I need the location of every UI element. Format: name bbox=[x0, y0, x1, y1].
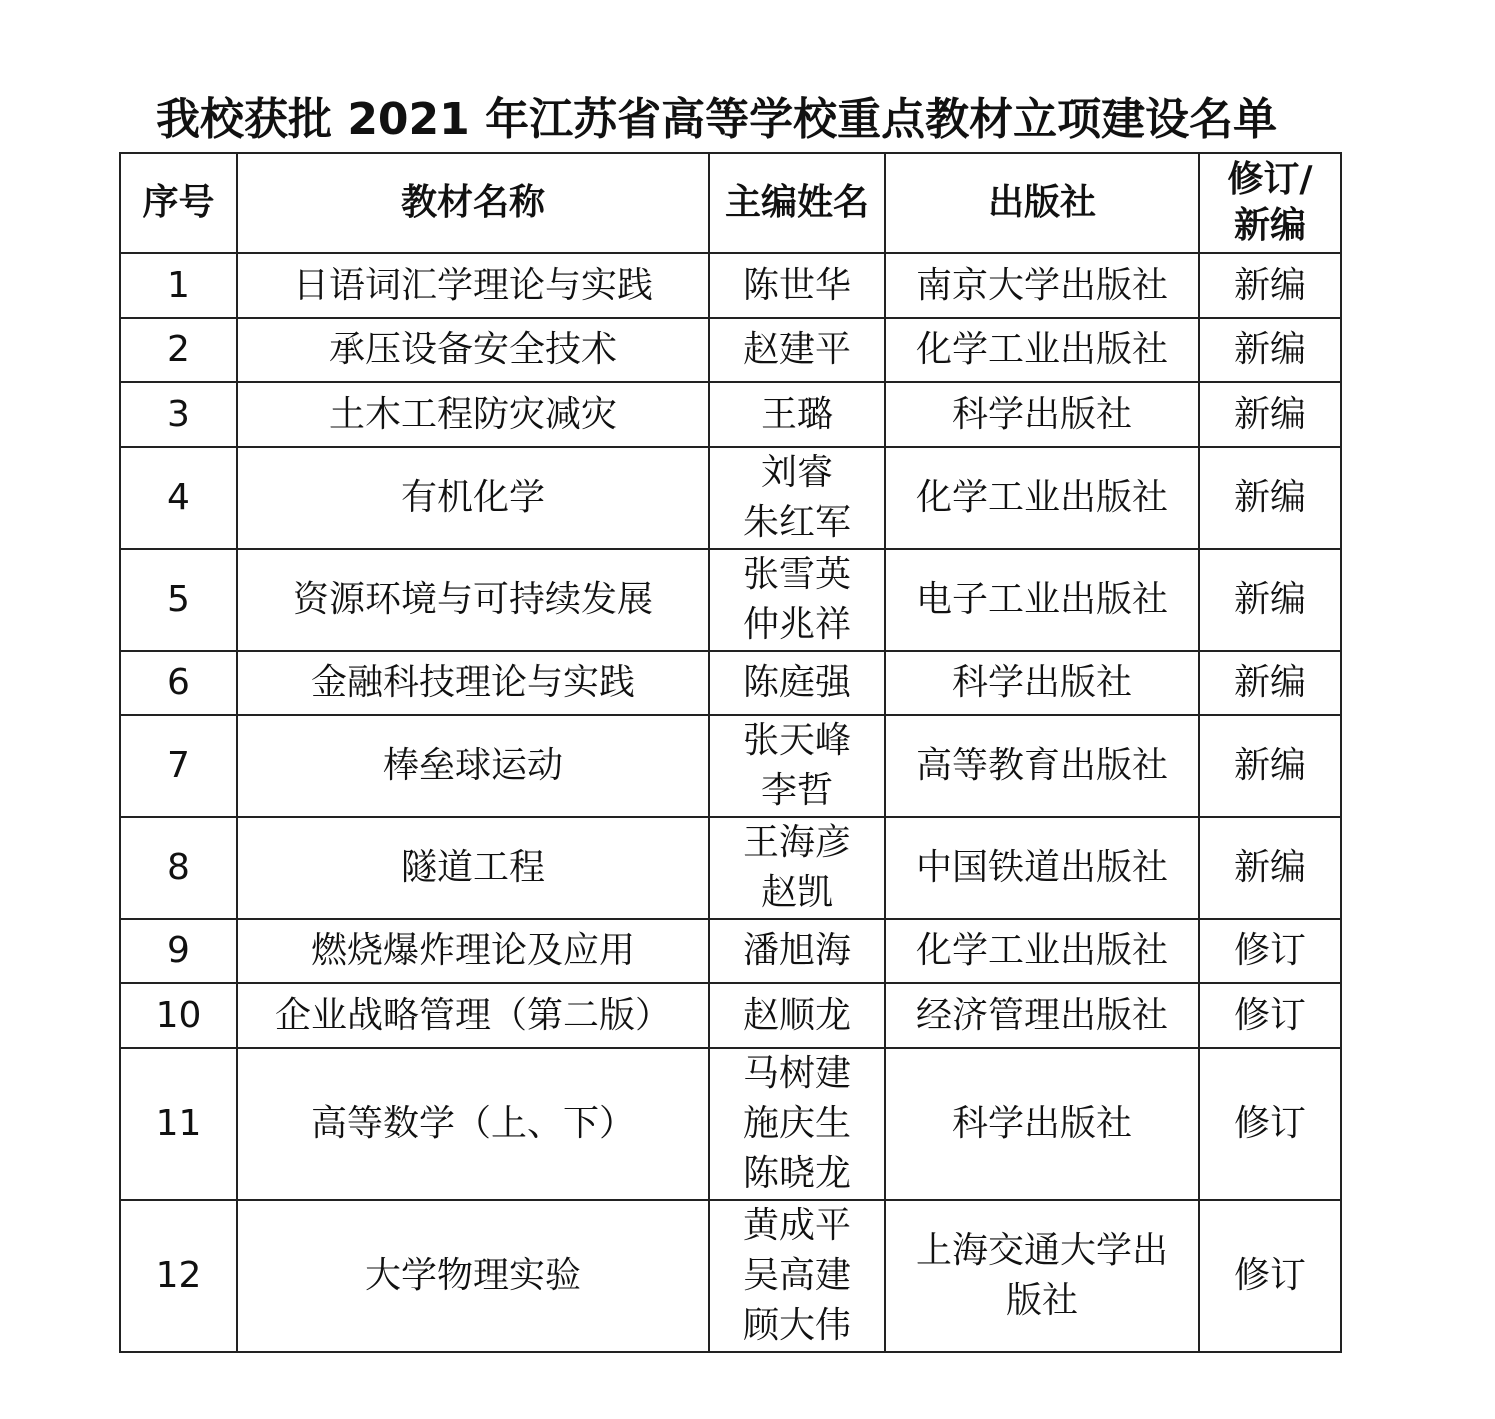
cell-textbook-name: 土木工程防灾减灾 bbox=[237, 382, 709, 447]
cell-textbook-name: 高等数学（上、下） bbox=[237, 1048, 709, 1200]
cell-index: 12 bbox=[120, 1200, 237, 1352]
cell-publisher: 科学出版社 bbox=[885, 651, 1199, 715]
editor-name: 仲兆祥 bbox=[710, 600, 884, 650]
publisher-name: 化学工业出版社 bbox=[886, 325, 1198, 375]
cell-textbook-name: 有机化学 bbox=[237, 447, 709, 549]
editor-name: 赵顺龙 bbox=[710, 991, 884, 1041]
cell-textbook-name: 企业战略管理（第二版） bbox=[237, 983, 709, 1048]
cell-textbook-name: 大学物理实验 bbox=[237, 1200, 709, 1352]
cell-textbook-name: 棒垒球运动 bbox=[237, 715, 709, 817]
cell-type: 新编 bbox=[1199, 447, 1341, 549]
table-row: 9燃烧爆炸理论及应用潘旭海化学工业出版社修订 bbox=[120, 919, 1341, 983]
cell-index: 7 bbox=[120, 715, 237, 817]
cell-publisher: 中国铁道出版社 bbox=[885, 817, 1199, 919]
publisher-name: 版社 bbox=[886, 1276, 1198, 1326]
table-row: 6金融科技理论与实践陈庭强科学出版社新编 bbox=[120, 651, 1341, 715]
cell-publisher: 高等教育出版社 bbox=[885, 715, 1199, 817]
editor-name: 李哲 bbox=[710, 766, 884, 816]
editor-name: 赵建平 bbox=[710, 325, 884, 375]
editor-name: 马树建 bbox=[710, 1049, 884, 1099]
table-row: 7棒垒球运动张天峰李哲高等教育出版社新编 bbox=[120, 715, 1341, 817]
cell-index: 10 bbox=[120, 983, 237, 1048]
cell-editors: 张天峰李哲 bbox=[709, 715, 885, 817]
cell-textbook-name: 燃烧爆炸理论及应用 bbox=[237, 919, 709, 983]
cell-editors: 黄成平吴高建顾大伟 bbox=[709, 1200, 885, 1352]
editor-name: 施庆生 bbox=[710, 1099, 884, 1149]
cell-type: 新编 bbox=[1199, 715, 1341, 817]
editor-name: 潘旭海 bbox=[710, 926, 884, 976]
cell-index: 8 bbox=[120, 817, 237, 919]
cell-index: 9 bbox=[120, 919, 237, 983]
cell-index: 6 bbox=[120, 651, 237, 715]
editor-name: 张雪英 bbox=[710, 550, 884, 600]
cell-editors: 王璐 bbox=[709, 382, 885, 447]
table-row: 8隧道工程王海彦赵凯中国铁道出版社新编 bbox=[120, 817, 1341, 919]
cell-editors: 王海彦赵凯 bbox=[709, 817, 885, 919]
header-publisher: 出版社 bbox=[885, 153, 1199, 253]
header-editor: 主编姓名 bbox=[709, 153, 885, 253]
cell-index: 5 bbox=[120, 549, 237, 651]
editor-name: 赵凯 bbox=[710, 868, 884, 918]
cell-publisher: 化学工业出版社 bbox=[885, 318, 1199, 382]
cell-type: 新编 bbox=[1199, 651, 1341, 715]
cell-publisher: 上海交通大学出版社 bbox=[885, 1200, 1199, 1352]
publisher-name: 中国铁道出版社 bbox=[886, 843, 1198, 893]
cell-type: 新编 bbox=[1199, 318, 1341, 382]
cell-textbook-name: 隧道工程 bbox=[237, 817, 709, 919]
cell-textbook-name: 承压设备安全技术 bbox=[237, 318, 709, 382]
cell-publisher: 电子工业出版社 bbox=[885, 549, 1199, 651]
editor-name: 张天峰 bbox=[710, 716, 884, 766]
publisher-name: 化学工业出版社 bbox=[886, 926, 1198, 976]
cell-editors: 赵顺龙 bbox=[709, 983, 885, 1048]
cell-editors: 赵建平 bbox=[709, 318, 885, 382]
cell-type: 新编 bbox=[1199, 382, 1341, 447]
table-row: 10企业战略管理（第二版）赵顺龙经济管理出版社修订 bbox=[120, 983, 1341, 1048]
table-row: 1日语词汇学理论与实践陈世华南京大学出版社新编 bbox=[120, 253, 1341, 318]
editor-name: 陈晓龙 bbox=[710, 1149, 884, 1199]
cell-index: 2 bbox=[120, 318, 237, 382]
publisher-name: 电子工业出版社 bbox=[886, 575, 1198, 625]
cell-editors: 潘旭海 bbox=[709, 919, 885, 983]
cell-publisher: 化学工业出版社 bbox=[885, 919, 1199, 983]
cell-editors: 张雪英仲兆祥 bbox=[709, 549, 885, 651]
publisher-name: 化学工业出版社 bbox=[886, 473, 1198, 523]
editor-name: 王海彦 bbox=[710, 818, 884, 868]
header-name: 教材名称 bbox=[237, 153, 709, 253]
cell-textbook-name: 日语词汇学理论与实践 bbox=[237, 253, 709, 318]
publisher-name: 科学出版社 bbox=[886, 1099, 1198, 1149]
cell-publisher: 经济管理出版社 bbox=[885, 983, 1199, 1048]
header-type-line2: 新编 bbox=[1200, 203, 1340, 249]
cell-publisher: 化学工业出版社 bbox=[885, 447, 1199, 549]
editor-name: 王璐 bbox=[710, 390, 884, 440]
cell-index: 3 bbox=[120, 382, 237, 447]
table-header-row: 序号 教材名称 主编姓名 出版社 修订/ 新编 bbox=[120, 153, 1341, 253]
table-row: 12大学物理实验黄成平吴高建顾大伟上海交通大学出版社修订 bbox=[120, 1200, 1341, 1352]
cell-textbook-name: 金融科技理论与实践 bbox=[237, 651, 709, 715]
editor-name: 吴高建 bbox=[710, 1251, 884, 1301]
cell-type: 新编 bbox=[1199, 817, 1341, 919]
cell-editors: 马树建施庆生陈晓龙 bbox=[709, 1048, 885, 1200]
cell-publisher: 科学出版社 bbox=[885, 382, 1199, 447]
table-row: 3土木工程防灾减灾王璐科学出版社新编 bbox=[120, 382, 1341, 447]
table-row: 11高等数学（上、下）马树建施庆生陈晓龙科学出版社修订 bbox=[120, 1048, 1341, 1200]
publisher-name: 高等教育出版社 bbox=[886, 741, 1198, 791]
cell-type: 新编 bbox=[1199, 253, 1341, 318]
editor-name: 陈庭强 bbox=[710, 658, 884, 708]
publisher-name: 科学出版社 bbox=[886, 390, 1198, 440]
publisher-name: 上海交通大学出 bbox=[886, 1226, 1198, 1276]
header-type: 修订/ 新编 bbox=[1199, 153, 1341, 253]
editor-name: 黄成平 bbox=[710, 1201, 884, 1251]
cell-editors: 刘睿朱红军 bbox=[709, 447, 885, 549]
cell-type: 修订 bbox=[1199, 1048, 1341, 1200]
cell-type: 修订 bbox=[1199, 1200, 1341, 1352]
cell-editors: 陈世华 bbox=[709, 253, 885, 318]
publisher-name: 科学出版社 bbox=[886, 658, 1198, 708]
header-index: 序号 bbox=[120, 153, 237, 253]
header-type-line1: 修订/ bbox=[1200, 157, 1340, 203]
table-row: 2承压设备安全技术赵建平化学工业出版社新编 bbox=[120, 318, 1341, 382]
table-row: 5资源环境与可持续发展张雪英仲兆祥电子工业出版社新编 bbox=[120, 549, 1341, 651]
cell-publisher: 科学出版社 bbox=[885, 1048, 1199, 1200]
cell-type: 修订 bbox=[1199, 919, 1341, 983]
cell-textbook-name: 资源环境与可持续发展 bbox=[237, 549, 709, 651]
cell-index: 4 bbox=[120, 447, 237, 549]
editor-name: 顾大伟 bbox=[710, 1301, 884, 1351]
textbook-list-table: 序号 教材名称 主编姓名 出版社 修订/ 新编 1日语词汇学理论与实践陈世华南京… bbox=[119, 152, 1342, 1353]
editor-name: 陈世华 bbox=[710, 261, 884, 311]
cell-index: 11 bbox=[120, 1048, 237, 1200]
cell-type: 新编 bbox=[1199, 549, 1341, 651]
publisher-name: 经济管理出版社 bbox=[886, 991, 1198, 1041]
table-row: 4有机化学刘睿朱红军化学工业出版社新编 bbox=[120, 447, 1341, 549]
document-title: 我校获批 2021 年江苏省高等学校重点教材立项建设名单 bbox=[156, 92, 1276, 148]
editor-name: 朱红军 bbox=[710, 498, 884, 548]
publisher-name: 南京大学出版社 bbox=[886, 261, 1198, 311]
editor-name: 刘睿 bbox=[710, 448, 884, 498]
cell-editors: 陈庭强 bbox=[709, 651, 885, 715]
cell-publisher: 南京大学出版社 bbox=[885, 253, 1199, 318]
cell-type: 修订 bbox=[1199, 983, 1341, 1048]
cell-index: 1 bbox=[120, 253, 237, 318]
